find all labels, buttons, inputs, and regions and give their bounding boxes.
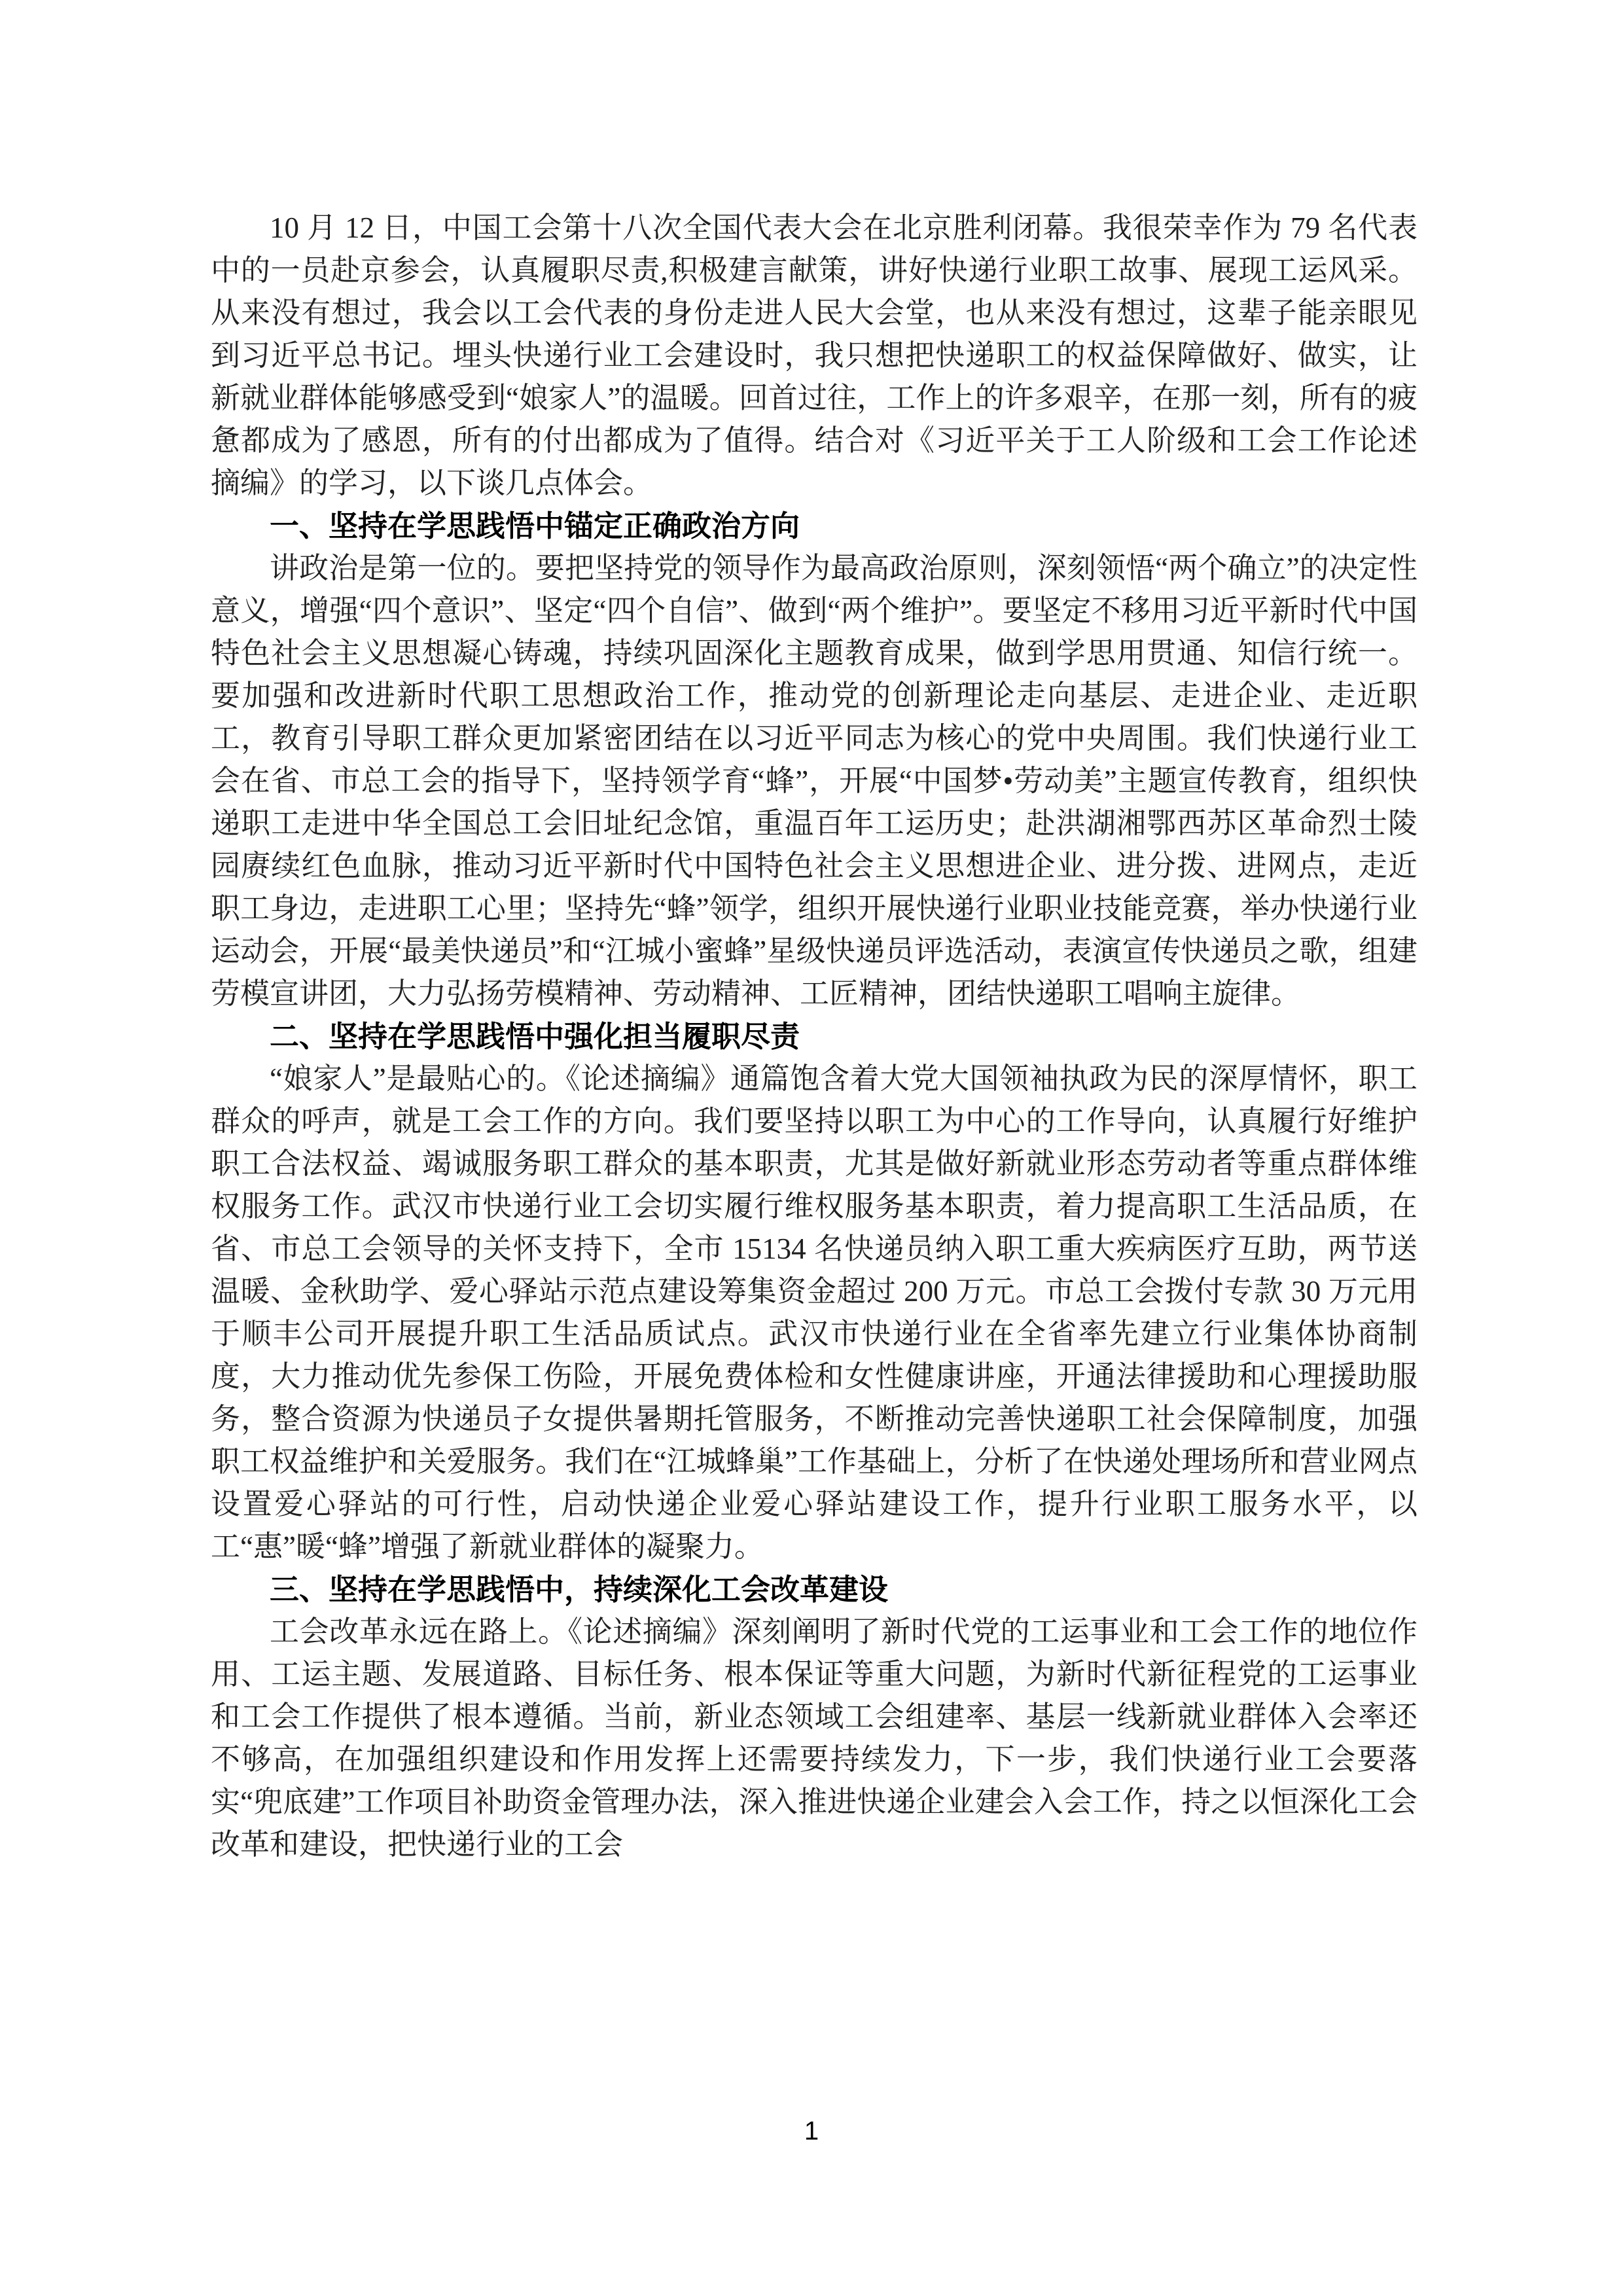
paragraph-intro: 10 月 12 日，中国工会第十八次全国代表大会在北京胜利闭幕。我很荣幸作为 7… [211, 207, 1418, 505]
page-number: 1 [804, 2117, 819, 2145]
paragraph-section-2: “娘家人”是最贴心的。《论述摘编》通篇饱含着大党大国领袖执政为民的深厚情怀，职工… [211, 1058, 1418, 1568]
document-page: 10 月 12 日，中国工会第十八次全国代表大会在北京胜利闭幕。我很荣幸作为 7… [0, 0, 1623, 2296]
paragraph-section-1: 讲政治是第一位的。要把坚持党的领导作为最高政治原则，深刻领悟“两个确立”的决定性… [211, 547, 1418, 1015]
paragraph-section-3: 工会改革永远在路上。《论述摘编》深刻阐明了新时代党的工运事业和工会工作的地位作用… [211, 1611, 1418, 1866]
page-footer: 1 [0, 2115, 1623, 2147]
document-body: 10 月 12 日，中国工会第十八次全国代表大会在北京胜利闭幕。我很荣幸作为 7… [211, 207, 1418, 1866]
heading-section-2: 二、坚持在学思践悟中强化担当履职尽责 [211, 1015, 1418, 1058]
heading-section-3: 三、坚持在学思践悟中，持续深化工会改革建设 [211, 1568, 1418, 1611]
heading-section-1: 一、坚持在学思践悟中锚定正确政治方向 [211, 505, 1418, 547]
